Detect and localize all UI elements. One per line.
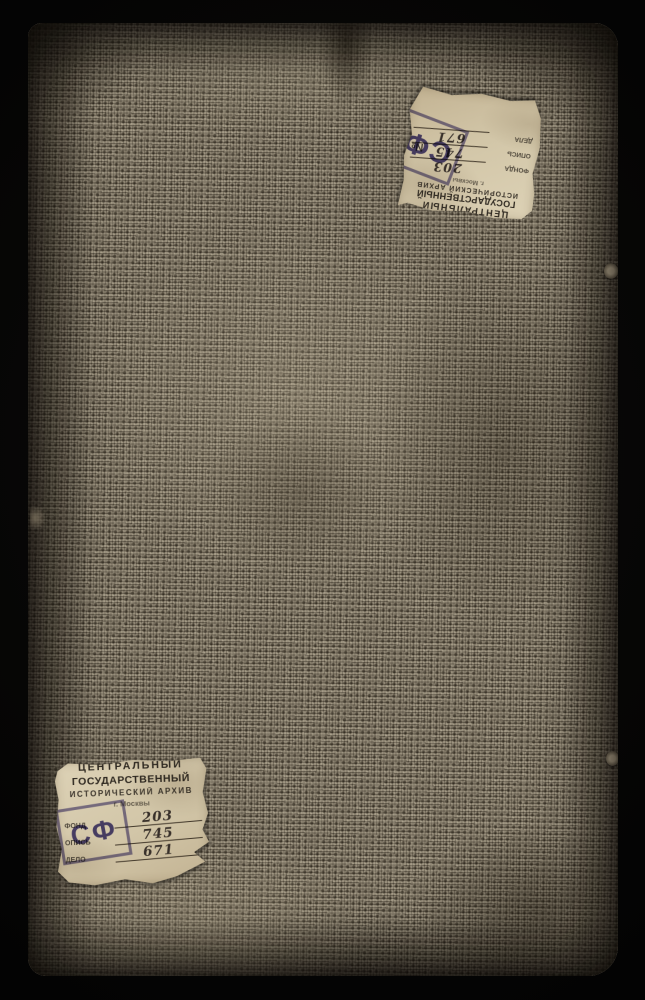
archive-label-top-paper: ЦЕНТРАЛЬНЫЙ ГОСУДАРСТВЕННЫЙ ИСТОРИЧЕСКИЙ… xyxy=(398,85,546,222)
archive-label-bottom: ЦЕНТРАЛЬНЫЙ ГОСУДАРСТВЕННЫЙ ИСТОРИЧЕСКИЙ… xyxy=(54,748,210,877)
sf-stamp-text: СФ xyxy=(398,122,456,170)
archive-label-top: ЦЕНТРАЛЬНЫЙ ГОСУДАРСТВЕННЫЙ ИСТОРИЧЕСКИЙ… xyxy=(397,90,545,227)
sf-stamp: СФ xyxy=(55,799,133,865)
photo-background: ЦЕНТРАЛЬНЫЙ ГОСУДАРСТВЕННЫЙ ИСТОРИЧЕСКИЙ… xyxy=(0,0,645,1000)
archive-label-bottom-paper: ЦЕНТРАЛЬНЫЙ ГОСУДАРСТВЕННЫЙ ИСТОРИЧЕСКИЙ… xyxy=(54,757,210,886)
sf-stamp-text: СФ xyxy=(68,813,120,852)
delo-label: ДЕЛА xyxy=(489,132,535,145)
